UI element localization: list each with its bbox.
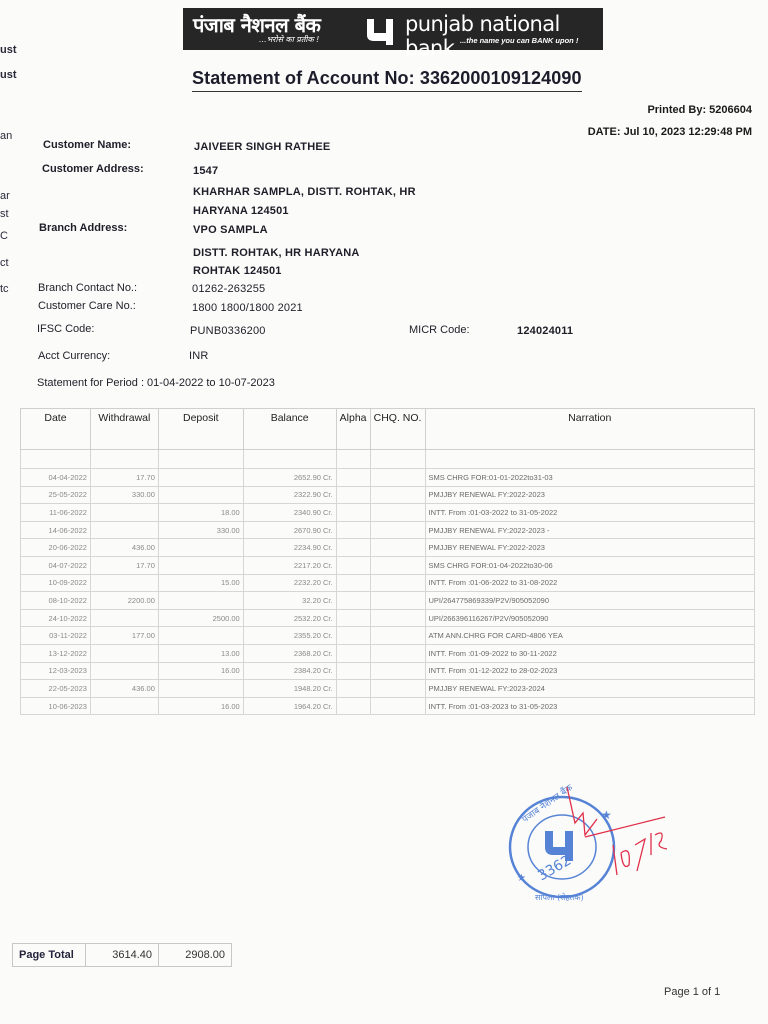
cell-withdrawal	[90, 521, 158, 539]
currency-label: Acct Currency:	[38, 350, 110, 362]
cell-withdrawal	[90, 574, 158, 592]
customer-care-label: Customer Care No.:	[38, 300, 136, 312]
page-total-deposit: 2908.00	[159, 944, 232, 967]
col-deposit: Deposit	[158, 409, 243, 450]
cell-deposit: 13.00	[158, 644, 243, 662]
cell-deposit	[158, 486, 243, 504]
cell-deposit	[158, 556, 243, 574]
cell-chq	[370, 697, 425, 715]
cell-narration: INTT. From :01-06-2022 to 31-08-2022	[425, 574, 755, 592]
pnb-logo-icon	[364, 13, 396, 45]
transactions-table: Date Withdrawal Deposit Balance Alpha CH…	[20, 408, 755, 715]
cell-chq	[370, 504, 425, 522]
cell-date: 24-10-2022	[21, 609, 91, 627]
cell-deposit	[158, 539, 243, 557]
cell-deposit: 2500.00	[158, 609, 243, 627]
col-chq-no: CHQ. NO.	[370, 409, 425, 450]
cell-date: 08-10-2022	[21, 592, 91, 610]
ifsc-label: IFSC Code:	[37, 323, 94, 335]
page-total-table: Page Total 3614.40 2908.00	[12, 943, 232, 967]
cell-narration: INTT. From :01-03-2022 to 31-05-2022	[425, 504, 755, 522]
cell-chq	[370, 574, 425, 592]
branch-address-label: Branch Address:	[39, 222, 127, 234]
table-row: 11-06-202218.002340.90 Cr.INTT. From :01…	[21, 504, 755, 522]
cell-deposit	[158, 592, 243, 610]
cell-chq	[370, 521, 425, 539]
customer-address-label: Customer Address:	[42, 163, 144, 175]
branch-address-line: ROHTAK 124501	[193, 265, 282, 277]
cell-deposit: 16.00	[158, 662, 243, 680]
cell-narration: INTT. From :01-12-2022 to 28-02-2023	[425, 662, 755, 680]
stamp-bottom-text: सांपला (रोहतक)	[535, 892, 584, 902]
cell-withdrawal	[90, 644, 158, 662]
col-withdrawal: Withdrawal	[90, 409, 158, 450]
cell-withdrawal	[90, 504, 158, 522]
col-date: Date	[21, 409, 91, 450]
micr-code: 124024011	[517, 325, 573, 337]
cell-withdrawal: 17.70	[90, 556, 158, 574]
cell-deposit: 330.00	[158, 521, 243, 539]
cell-date: 14-06-2022	[21, 521, 91, 539]
cell-alpha	[336, 556, 370, 574]
cell-alpha	[336, 644, 370, 662]
page-total-label: Page Total	[13, 944, 86, 967]
cell-balance: 2322.90 Cr.	[243, 486, 336, 504]
cell-balance: 2217.20 Cr.	[243, 556, 336, 574]
cell-alpha	[336, 469, 370, 487]
cell-balance: 2368.20 Cr.	[243, 644, 336, 662]
cell-deposit	[158, 469, 243, 487]
table-row: 04-07-202217.702217.20 Cr.SMS CHRG FOR:0…	[21, 556, 755, 574]
cell-narration: UPI/266396116267/P2V/905052090	[425, 609, 755, 627]
bleed-text: an	[0, 130, 12, 142]
cell-narration: PMJJBY RENEWAL FY:2022-2023	[425, 539, 755, 557]
cell-deposit	[158, 627, 243, 645]
cell-chq	[370, 627, 425, 645]
customer-name-label: Customer Name:	[43, 139, 131, 151]
table-row: 12-03-202316.002384.20 Cr.INTT. From :01…	[21, 662, 755, 680]
cell-date: 04-07-2022	[21, 556, 91, 574]
bleed-text: C	[0, 230, 8, 242]
cell-date: 22-05-2023	[21, 680, 91, 698]
cell-balance: 2232.20 Cr.	[243, 574, 336, 592]
branch-contact: 01262-263255	[192, 283, 265, 295]
bank-stamp: 3362 पंजाब नैशनल बैंक सांपला (रोहतक) ★ ★	[505, 775, 685, 905]
page-total-withdrawal: 3614.40	[86, 944, 159, 967]
cell-chq	[370, 486, 425, 504]
cell-narration: ATM ANN.CHRG FOR CARD-4806 YEA	[425, 627, 755, 645]
cell-date: 03-11-2022	[21, 627, 91, 645]
cell-narration: PMJJBY RENEWAL FY:2022-2023	[425, 486, 755, 504]
cell-alpha	[336, 680, 370, 698]
cell-balance: 2234.90 Cr.	[243, 539, 336, 557]
cell-chq	[370, 644, 425, 662]
cell-deposit: 18.00	[158, 504, 243, 522]
cell-date: 20-06-2022	[21, 539, 91, 557]
table-row: 22-05-2023436.001948.20 Cr.PMJJBY RENEWA…	[21, 680, 755, 698]
bleed-text: ct	[0, 257, 9, 269]
branch-contact-label: Branch Contact No.:	[38, 282, 137, 294]
table-row: 13-12-202213.002368.20 Cr.INTT. From :01…	[21, 644, 755, 662]
cell-withdrawal	[90, 697, 158, 715]
bleed-text: ar	[0, 190, 10, 202]
bank-tagline-hindi: ...भरोसे का प्रतीक !	[259, 34, 319, 45]
printed-by: Printed By: 5206604	[647, 104, 752, 116]
print-date: DATE: Jul 10, 2023 12:29:48 PM	[588, 126, 752, 138]
ifsc-code: PUNB0336200	[190, 325, 266, 337]
statement-period: Statement for Period : 01-04-2022 to 10-…	[37, 377, 275, 389]
cell-chq	[370, 680, 425, 698]
cell-narration: INTT. From :01-03-2023 to 31-05-2023	[425, 697, 755, 715]
cell-balance: 1948.20 Cr.	[243, 680, 336, 698]
cell-balance: 1964.20 Cr.	[243, 697, 336, 715]
cell-withdrawal: 436.00	[90, 539, 158, 557]
cell-alpha	[336, 574, 370, 592]
branch-address-line: VPO SAMPLA	[193, 224, 268, 236]
customer-care: 1800 1800/1800 2021	[192, 302, 303, 314]
bleed-text: ust	[0, 44, 17, 56]
cell-balance: 2384.20 Cr.	[243, 662, 336, 680]
cell-narration: PMJJBY RENEWAL FY:2022-2023 -	[425, 521, 755, 539]
cell-narration: INTT. From :01-09-2022 to 30-11-2022	[425, 644, 755, 662]
col-narration: Narration	[425, 409, 755, 450]
table-row: 10-09-202215.002232.20 Cr.INTT. From :01…	[21, 574, 755, 592]
cell-balance: 2340.90 Cr.	[243, 504, 336, 522]
cell-narration: UPI/264775869339/P2V/905052090	[425, 592, 755, 610]
currency: INR	[189, 350, 209, 362]
cell-chq	[370, 469, 425, 487]
cell-balance: 2532.20 Cr.	[243, 609, 336, 627]
table-header-row: Date Withdrawal Deposit Balance Alpha CH…	[21, 409, 755, 450]
cell-date: 13-12-2022	[21, 644, 91, 662]
cell-narration: SMS CHRG FOR:01-04-2022to30-06	[425, 556, 755, 574]
bleed-text: ust	[0, 69, 17, 81]
cell-deposit: 16.00	[158, 697, 243, 715]
cell-balance: 2670.90 Cr.	[243, 521, 336, 539]
cell-alpha	[336, 662, 370, 680]
cell-balance: 32.20 Cr.	[243, 592, 336, 610]
table-row: 20-06-2022436.002234.90 Cr.PMJJBY RENEWA…	[21, 539, 755, 557]
statement-title: Statement of Account No: 336200010912409…	[192, 68, 582, 92]
cell-alpha	[336, 539, 370, 557]
cell-date: 10-09-2022	[21, 574, 91, 592]
cell-date: 04-04-2022	[21, 469, 91, 487]
cell-deposit	[158, 680, 243, 698]
table-row: 24-10-20222500.002532.20 Cr.UPI/26639611…	[21, 609, 755, 627]
table-row: 25-05-2022330.002322.90 Cr.PMJJBY RENEWA…	[21, 486, 755, 504]
cell-date: 25-05-2022	[21, 486, 91, 504]
cell-withdrawal: 2200.00	[90, 592, 158, 610]
table-row: 03-11-2022177.002355.20 Cr.ATM ANN.CHRG …	[21, 627, 755, 645]
micr-label: MICR Code:	[409, 324, 470, 336]
cell-alpha	[336, 486, 370, 504]
branch-address-line: DISTT. ROHTAK, HR HARYANA	[193, 247, 360, 259]
cell-chq	[370, 609, 425, 627]
cell-alpha	[336, 609, 370, 627]
svg-text:★: ★	[517, 873, 526, 884]
cell-alpha	[336, 697, 370, 715]
cell-withdrawal: 17.70	[90, 469, 158, 487]
bleed-text: st	[0, 208, 9, 220]
table-spacer-row	[21, 450, 755, 469]
cell-date: 11-06-2022	[21, 504, 91, 522]
cell-date: 12-03-2023	[21, 662, 91, 680]
table-row: 04-04-202217.702652.90 Cr.SMS CHRG FOR:0…	[21, 469, 755, 487]
cell-balance: 2652.90 Cr.	[243, 469, 336, 487]
customer-address-line: HARYANA 124501	[193, 205, 289, 217]
cell-balance: 2355.20 Cr.	[243, 627, 336, 645]
table-row: 08-10-20222200.0032.20 Cr.UPI/2647758693…	[21, 592, 755, 610]
cell-deposit: 15.00	[158, 574, 243, 592]
cell-withdrawal: 330.00	[90, 486, 158, 504]
cell-chq	[370, 556, 425, 574]
cell-narration: PMJJBY RENEWAL FY:2023-2024	[425, 680, 755, 698]
cell-alpha	[336, 504, 370, 522]
bank-header-banner: पंजाब नैशनल बैंक ...भरोसे का प्रतीक ! pu…	[183, 8, 603, 50]
bleed-text: tc	[0, 283, 9, 295]
col-balance: Balance	[243, 409, 336, 450]
cell-alpha	[336, 592, 370, 610]
cell-withdrawal: 436.00	[90, 680, 158, 698]
cell-withdrawal	[90, 609, 158, 627]
bank-tagline-english: ...the name you can BANK upon !	[460, 36, 578, 45]
cell-chq	[370, 539, 425, 557]
customer-address-line: 1547	[193, 165, 218, 177]
stamp-branch-code: 3362	[535, 853, 574, 885]
table-row: 10-06-202316.001964.20 Cr.INTT. From :01…	[21, 697, 755, 715]
customer-name: JAIVEER SINGH RATHEE	[194, 141, 330, 153]
cell-chq	[370, 662, 425, 680]
cell-alpha	[336, 627, 370, 645]
customer-address-line: KHARHAR SAMPLA, DISTT. ROHTAK, HR	[193, 186, 416, 198]
table-row: 14-06-2022330.002670.90 Cr.PMJJBY RENEWA…	[21, 521, 755, 539]
col-alpha: Alpha	[336, 409, 370, 450]
cell-withdrawal	[90, 662, 158, 680]
cell-narration: SMS CHRG FOR:01-01-2022to31-03	[425, 469, 755, 487]
cell-date: 10-06-2023	[21, 697, 91, 715]
cell-chq	[370, 592, 425, 610]
cell-withdrawal: 177.00	[90, 627, 158, 645]
cell-alpha	[336, 521, 370, 539]
svg-text:★: ★	[601, 808, 612, 822]
page-number: Page 1 of 1	[664, 986, 720, 998]
